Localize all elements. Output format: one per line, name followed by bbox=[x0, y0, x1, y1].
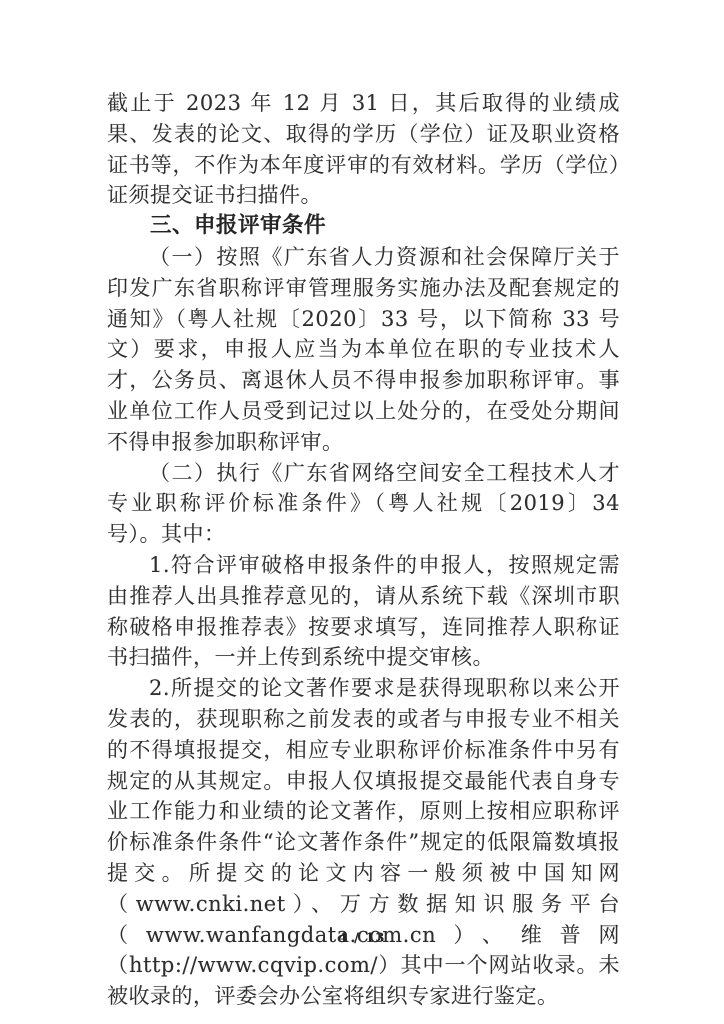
paragraph-continuation: 截止于 2023 年 12 月 31 日，其后取得的业绩成果、发表的论文、取得的… bbox=[107, 88, 620, 211]
section-heading: 三、申报评审条件 bbox=[107, 211, 620, 242]
paragraph-subitem-2: 2.所提交的论文著作要求是获得现职称以来公开发表的，获现职称之前发表的或者与申报… bbox=[107, 673, 620, 1012]
page-number: 4 / 13 bbox=[0, 931, 724, 946]
document-page: 截止于 2023 年 12 月 31 日，其后取得的业绩成果、发表的论文、取得的… bbox=[0, 0, 724, 1024]
document-body: 截止于 2023 年 12 月 31 日，其后取得的业绩成果、发表的论文、取得的… bbox=[107, 88, 620, 1012]
paragraph-item-1: （一）按照《广东省人力资源和社会保障厅关于印发广东省职称评审管理服务实施办法及配… bbox=[107, 242, 620, 458]
paragraph-subitem-1: 1.符合评审破格申报条件的申报人，按照规定需由推荐人出具推荐意见的，请从系统下载… bbox=[107, 550, 620, 673]
paragraph-item-2: （二）执行《广东省网络空间安全工程技术人才专业职称评价标准条件》（粤人社规〔20… bbox=[107, 458, 620, 550]
